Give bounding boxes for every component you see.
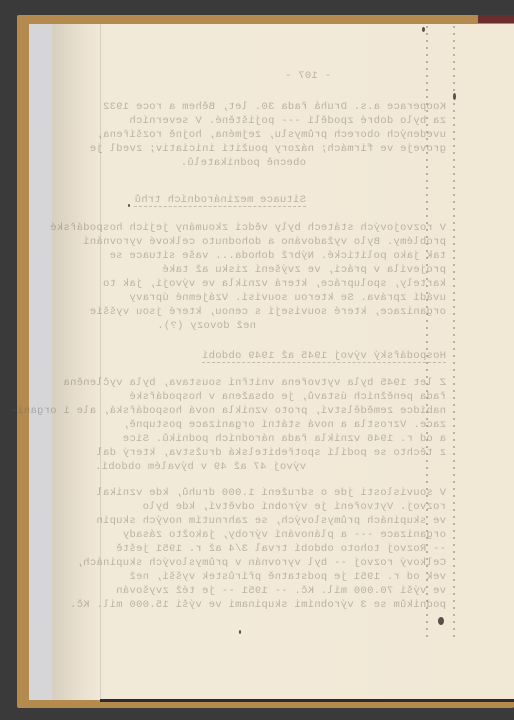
text-line: a od r. 1946 vznikla řada národních podn… bbox=[123, 433, 446, 445]
text-line: projevila v práci, ve zvýšení zisku až t… bbox=[162, 264, 446, 276]
page-number: - 107 - bbox=[285, 70, 331, 82]
text-line: rozvoj. Vytvoření je výrobní odvětví, kd… bbox=[142, 501, 446, 513]
text-line: Kooperace a.s. Druhá řada 30. let, Během… bbox=[103, 101, 446, 113]
text-line: uvedených oborech průmyslu, zejména, hoj… bbox=[96, 129, 446, 141]
text-line: V rozvojových státech byly vědci zkoumán… bbox=[50, 222, 446, 234]
text-line: než dovozy (?). bbox=[157, 320, 256, 332]
text-line: nabídce zemědělství, proto vznikla nová … bbox=[10, 405, 446, 417]
text-line: V souvislosti jde o sdružení 1.000 druhů… bbox=[96, 487, 446, 499]
text-line: zace. Vzrostla a nová státní organizace … bbox=[123, 419, 446, 431]
text-line: z těchto se podílí spotřebitelská družst… bbox=[96, 447, 446, 459]
text-line: vek od r. 1951 je podstatně přírůstek vy… bbox=[129, 571, 446, 583]
text-line: problémy. Bylo vyžadováno a dohodnuto ce… bbox=[83, 236, 446, 248]
text-line: za bylo dobré zpodělí --- pojištěné. V s… bbox=[129, 115, 446, 127]
text-line: řada peněžních ústavů, je obsažena v hos… bbox=[129, 391, 446, 403]
text-line: Z let 1945 byla vytvořena vnitřní sousta… bbox=[63, 377, 446, 389]
text-line: organizace, které souvisejí s cenou, kte… bbox=[90, 306, 446, 318]
text-line: uvádí zpráva. Se kterou souvisí. Vzájemn… bbox=[129, 292, 446, 304]
text-line: obecně podnikatelů. bbox=[181, 157, 306, 169]
text-line: ve výši 70.000 mil. Kč. -- 1951 -- je té… bbox=[116, 585, 446, 597]
text-line: vývoj 47 až 49 v bývalém období. bbox=[95, 461, 306, 473]
section-heading: Situace mezinárodních trhů bbox=[134, 194, 306, 207]
text-line: tak jako politické. Nýbrž dohoda... vaše… bbox=[109, 250, 446, 262]
text-line: Celkový rozvoj -- byl vyrovnán v průmysl… bbox=[76, 557, 446, 569]
bleed-through-text: - 107 - Kooperace a.s. Druhá řada 30. le… bbox=[122, 0, 514, 720]
section-heading: Hospodářský vývoj 1945 až 1949 období bbox=[202, 350, 446, 363]
text-line: ve skupinách průmyslových, se zahrnutím … bbox=[96, 515, 446, 527]
text-line: organizace --- a plánování výroby, jakož… bbox=[123, 529, 446, 541]
text-line: groveje ve firmách; názory použití inici… bbox=[90, 143, 446, 155]
text-line: podnikům se 3 výrobními skupinami ve výš… bbox=[70, 599, 446, 611]
text-line: -- Rozvoj tohoto období trval 3/4 až r. … bbox=[116, 543, 446, 555]
text-line: kartely, spolupráce, která vznikla ve vý… bbox=[103, 278, 446, 290]
